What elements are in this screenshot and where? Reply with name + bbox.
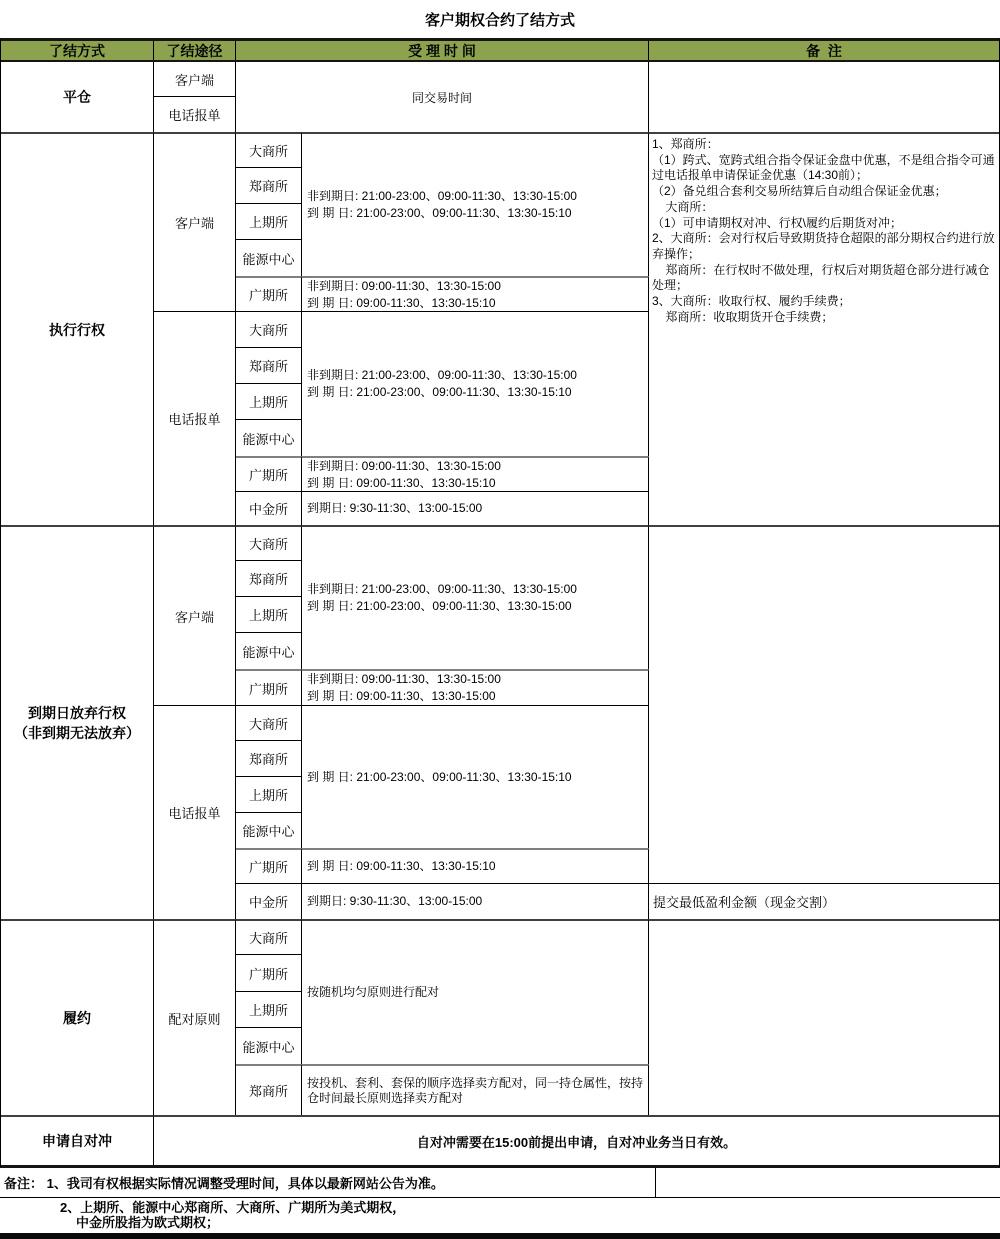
cell-method-fangqi: 到期日放弃行权 （非到期无法放弃） — [1, 525, 154, 919]
cell-channel-pingcang-phone: 电话报单 — [154, 97, 236, 132]
footnote-divider-line — [655, 1168, 656, 1197]
cell-exchange: 郑商所 — [236, 348, 302, 384]
cell-remark-lvyue — [649, 919, 999, 1115]
header-channel: 了结途径 — [154, 41, 236, 60]
cell-time-fangqi-phone-gfex: 到 期 日: 09:00-11:30、13:30-15:10 — [302, 848, 649, 884]
cell-method-zidui: 申请自对冲 — [1, 1115, 154, 1165]
cell-time-zhixing-phone-cffex: 到期日: 9:30-11:30、13:00-15:00 — [302, 492, 649, 525]
cell-time-zhixing-client-main: 非到期日: 21:00-23:00、09:00-11:30、13:30-15:0… — [302, 132, 649, 276]
cell-time-zhixing-phone-gfex: 非到期日: 09:00-11:30、13:30-15:00 到 期 日: 09:… — [302, 456, 649, 492]
cell-time-zhixing-phone-main: 非到期日: 21:00-23:00、09:00-11:30、13:30-15:0… — [302, 312, 649, 456]
cell-time-fangqi-phone-main: 到 期 日: 21:00-23:00、09:00-11:30、13:30-15:… — [302, 706, 649, 848]
cell-remark-zhixing: 1、郑商所： （1）跨式、宽跨式组合指令保证金盘中优惠，不是组合指令可通过电话报… — [649, 132, 999, 525]
settlement-methods-page: 客户期权合约了结方式 了结方式 了结途径 受 理 时 间 备 注 平仓 客户端 … — [0, 0, 1000, 1239]
header-method: 了结方式 — [1, 41, 154, 60]
cell-exchange: 能源中心 — [236, 1028, 302, 1064]
cell-time-fangqi-client-main: 非到期日: 21:00-23:00、09:00-11:30、13:30-15:0… — [302, 525, 649, 669]
cell-exchange: 上期所 — [236, 204, 302, 240]
cell-exchange: 能源中心 — [236, 633, 302, 669]
cell-method-pingcang: 平仓 — [1, 62, 154, 132]
cell-exchange: 郑商所 — [236, 561, 302, 597]
cell-exchange: 大商所 — [236, 919, 302, 955]
cell-exchange: 上期所 — [236, 777, 302, 813]
cell-time-zhixing-client-gfex: 非到期日: 09:00-11:30、13:30-15:00 到 期 日: 09:… — [302, 276, 649, 312]
cell-time-pingcang: 同交易时间 — [236, 62, 649, 132]
cell-message-zidui: 自对冲需要在15:00前提出申请，自对冲业务当日有效。 — [154, 1115, 999, 1165]
cell-exchange: 上期所 — [236, 992, 302, 1028]
cell-exchange: 广期所 — [236, 955, 302, 992]
cell-exchange: 能源中心 — [236, 813, 302, 848]
cell-exchange: 上期所 — [236, 597, 302, 633]
cell-exchange-cffex: 中金所 — [236, 492, 302, 525]
cell-remark-pingcang — [649, 62, 999, 132]
header-time: 受 理 时 间 — [236, 41, 649, 60]
settlement-table: 了结方式 了结途径 受 理 时 间 备 注 平仓 客户端 电话报单 同交易时间 … — [0, 38, 1000, 1168]
cell-channel-fangqi-phone: 电话报单 — [154, 706, 236, 919]
cell-channel-fangqi-client: 客户端 — [154, 525, 236, 706]
cell-exchange: 郑商所 — [236, 741, 302, 777]
cell-time-lvyue-main: 按随机均匀原则进行配对 — [302, 919, 649, 1064]
cell-exchange-czce: 郑商所 — [236, 1064, 302, 1115]
cell-exchange: 大商所 — [236, 132, 302, 168]
cell-exchange-gfex: 广期所 — [236, 276, 302, 312]
cell-exchange-gfex: 广期所 — [236, 456, 302, 492]
table-header-row: 了结方式 了结途径 受 理 时 间 备 注 — [1, 41, 999, 62]
cell-exchange: 大商所 — [236, 706, 302, 741]
cell-channel-pingcang-client: 客户端 — [154, 62, 236, 97]
cell-time-fangqi-phone-cffex: 到期日: 9:30-11:30、13:00-15:00 — [302, 884, 649, 919]
cell-exchange: 上期所 — [236, 384, 302, 420]
table-title: 客户期权合约了结方式 — [0, 0, 1000, 38]
footnote-1-text: 备注： 1、我司有权根据实际情况调整受理时间，具体以最新网站公告为准。 — [4, 1173, 444, 1192]
cell-exchange: 郑商所 — [236, 168, 302, 204]
cell-remark-fangqi — [649, 525, 999, 884]
cell-exchange: 大商所 — [236, 525, 302, 561]
header-remark: 备 注 — [649, 41, 999, 60]
cell-method-lvyue: 履约 — [1, 919, 154, 1115]
cell-time-lvyue-czce: 按投机、套利、套保的顺序选择卖方配对，同一持仓属性，按持仓时间最长原则选择卖方配… — [302, 1064, 649, 1115]
bottom-border — [0, 1233, 1000, 1239]
cell-exchange: 大商所 — [236, 312, 302, 348]
cell-exchange: 能源中心 — [236, 240, 302, 276]
cell-exchange-gfex: 广期所 — [236, 669, 302, 706]
cell-channel-lvyue: 配对原则 — [154, 919, 236, 1115]
footnote-2-line1: 2、上期所、能源中心郑商所、大商所、广期所为美式期权， — [0, 1200, 1000, 1215]
footnote-2-line2: 中金所股指为欧式期权； — [0, 1215, 1000, 1230]
table-body: 平仓 客户端 电话报单 同交易时间 执行行权 客户端 大商所 郑商所 上期所 能… — [1, 62, 999, 1165]
cell-exchange: 能源中心 — [236, 420, 302, 456]
cell-remark-fangqi-cffex: 提交最低盈利金额（现金交割） — [649, 884, 999, 919]
cell-exchange-gfex: 广期所 — [236, 848, 302, 884]
cell-channel-zhixing-phone: 电话报单 — [154, 312, 236, 525]
footnote-2: 2、上期所、能源中心郑商所、大商所、广期所为美式期权， 中金所股指为欧式期权； — [0, 1198, 1000, 1230]
cell-method-zhixing: 执行行权 — [1, 132, 154, 525]
cell-channel-zhixing-client: 客户端 — [154, 132, 236, 312]
cell-time-fangqi-client-gfex: 非到期日: 09:00-11:30、13:30-15:00 到 期 日: 09:… — [302, 669, 649, 706]
footnote-1: 备注： 1、我司有权根据实际情况调整受理时间，具体以最新网站公告为准。 — [0, 1168, 1000, 1198]
cell-exchange-cffex: 中金所 — [236, 884, 302, 919]
